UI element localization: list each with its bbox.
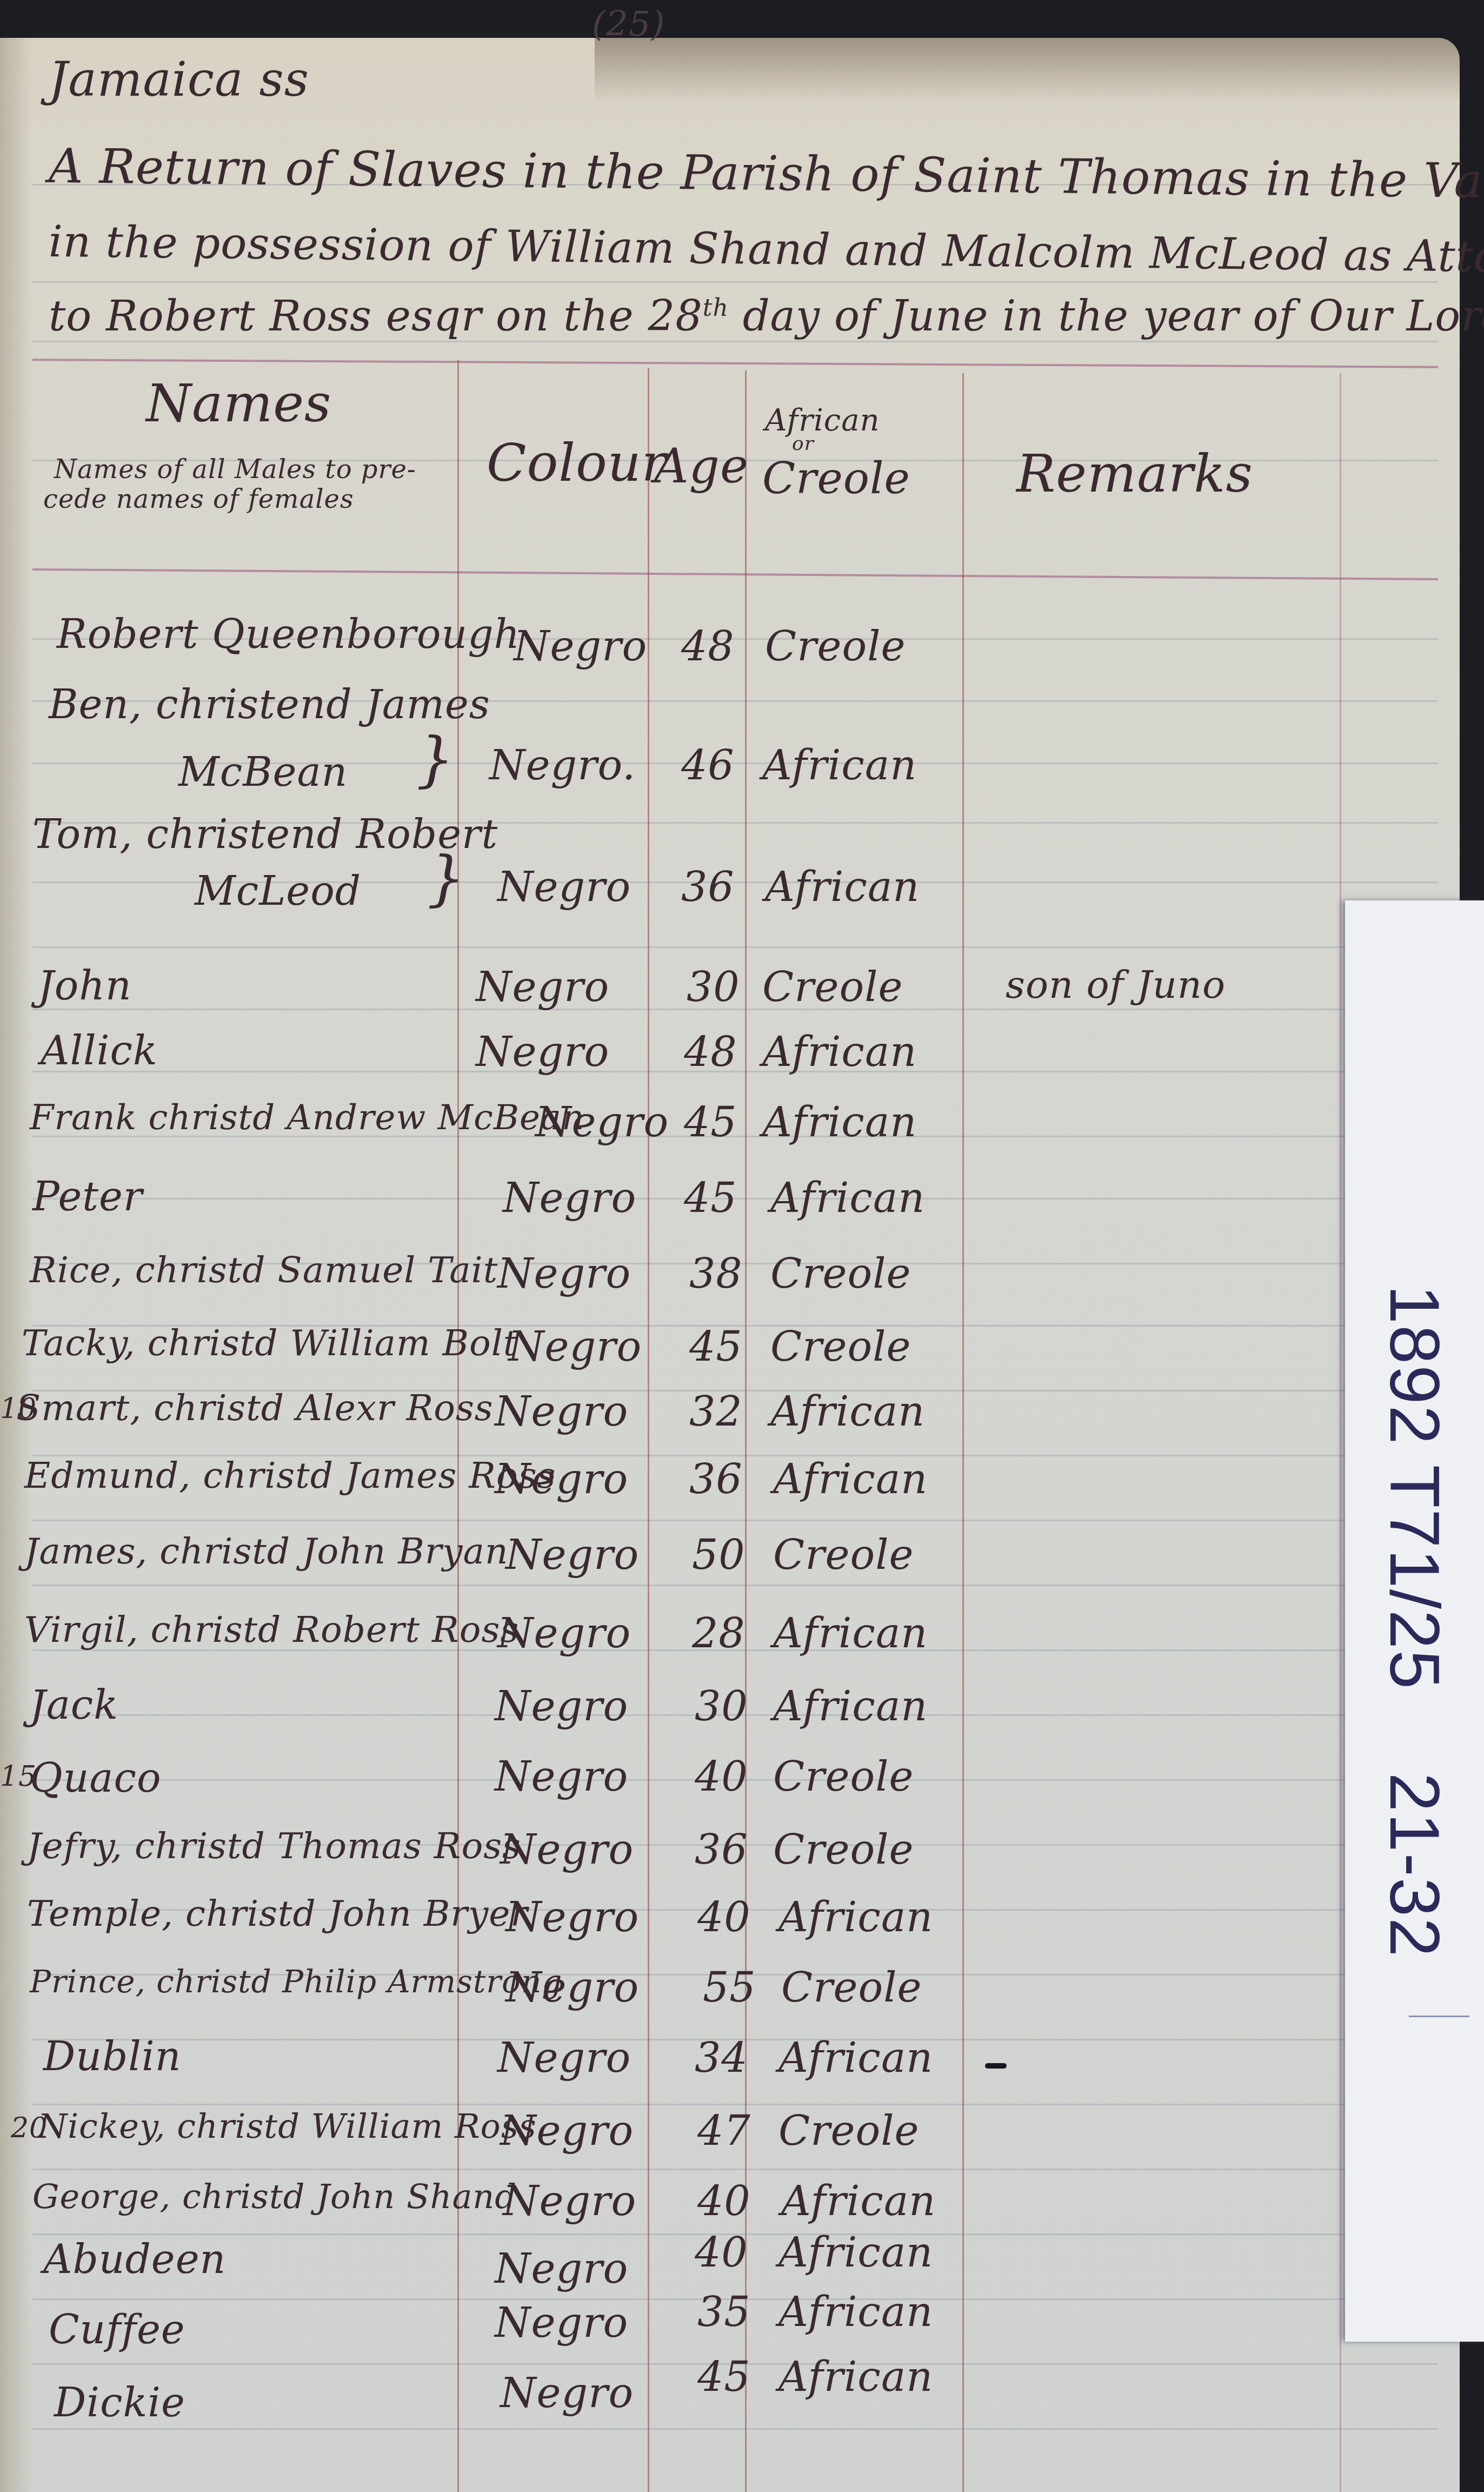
row-6-name: Peter xyxy=(32,1174,143,1220)
archive-reference-number: 1892 T71/25 xyxy=(1375,1284,1454,1690)
row-13-colour: Negro xyxy=(495,1682,628,1730)
right-margin-line xyxy=(1340,373,1341,2492)
row-15-colour: Negro xyxy=(500,1825,634,1873)
heading-date-part1: to Robert Ross esqr on the 28 xyxy=(49,292,703,341)
column-header-names-note-2: cede names of females xyxy=(43,484,354,514)
row-4-age: 48 xyxy=(684,1028,737,1076)
row-3-remarks: son of Juno xyxy=(1006,963,1226,1007)
row-5-name: Frank christd Andrew McBean xyxy=(30,1098,584,1138)
row-14-colour: Negro xyxy=(495,1752,628,1800)
archive-reference-label: 1892 T71/25 21-32 xyxy=(1345,900,1484,2342)
row-5-origin: African xyxy=(762,1098,917,1146)
row-22-name: Cuffee xyxy=(49,2307,185,2353)
row-2-colour: Negro xyxy=(497,863,631,911)
ruled-line xyxy=(32,1585,1438,1586)
row-16-colour: Negro xyxy=(505,1893,639,1941)
row-10-age: 36 xyxy=(689,1455,743,1503)
ruled-line xyxy=(32,341,1438,342)
header-bottom-rule xyxy=(32,568,1438,580)
row-21-age: 40 xyxy=(695,2228,748,2276)
row-10-name: Edmund, christd James Ross xyxy=(24,1455,556,1496)
page-edge-stain xyxy=(595,38,1460,103)
row-12-colour: Negro xyxy=(497,1609,631,1657)
column-divider-remarks xyxy=(962,373,964,2492)
row-2-name-cont: McLeod xyxy=(195,868,361,914)
row-16-origin: African xyxy=(778,1893,933,1941)
archive-reference-text: 1892 T71/25 21-32 xyxy=(1374,1284,1455,1958)
row-13-origin: African xyxy=(773,1682,928,1730)
row-7-colour: Negro xyxy=(497,1249,631,1297)
row-16-age: 40 xyxy=(697,1893,751,1941)
row-17-age: 55 xyxy=(703,1963,756,2011)
ruled-line xyxy=(32,2169,1438,2170)
row-1-origin: African xyxy=(762,741,917,789)
row-8-age: 45 xyxy=(689,1322,743,1370)
row-7-name: Rice, christd Samuel Tait xyxy=(30,1249,498,1291)
row-8-origin: Creole xyxy=(770,1322,911,1370)
row-23-name: Dickie xyxy=(54,2380,185,2426)
ink-blot xyxy=(985,2063,1007,2069)
column-header-colour: Colour xyxy=(487,433,667,493)
row-0-origin: Creole xyxy=(765,622,906,670)
row-18-origin: African xyxy=(778,2033,933,2082)
row-11-colour: Negro xyxy=(505,1530,639,1579)
ruled-line xyxy=(32,281,1438,283)
row-9-age: 32 xyxy=(689,1387,743,1435)
row-11-name: James, christd John Bryan xyxy=(24,1530,508,1572)
row-21-origin: African xyxy=(778,2228,933,2276)
column-header-age: Age xyxy=(654,438,749,494)
row-8-colour: Negro xyxy=(508,1322,642,1370)
row-19-age: 47 xyxy=(697,2106,751,2155)
row-0-name: Robert Queenborough xyxy=(57,611,520,658)
column-header-names-note-1: Names of all Males to pre- xyxy=(54,454,416,485)
row-2-brace: } xyxy=(427,844,465,913)
column-header-remarks: Remarks xyxy=(1016,443,1253,504)
column-header-origin-african: African xyxy=(765,403,880,438)
row-14-name: Quaco xyxy=(30,1755,161,1801)
row-1-colour: Negro. xyxy=(489,741,636,789)
row-15-age: 36 xyxy=(695,1825,748,1873)
folio-number: (25) xyxy=(592,4,665,44)
column-header-names: Names xyxy=(146,373,331,434)
row-22-age: 35 xyxy=(697,2288,751,2336)
row-2-origin: African xyxy=(765,863,920,911)
row-20-origin: African xyxy=(781,2177,936,2225)
ruled-line xyxy=(32,2104,1438,2105)
row-9-name: Smart, christd Alexr Ross xyxy=(16,1387,494,1429)
heading-date-line: to Robert Ross esqr on the 28th day of J… xyxy=(49,292,1484,341)
row-6-colour: Negro xyxy=(503,1174,636,1222)
row-3-name: John xyxy=(38,963,132,1009)
row-17-origin: Creole xyxy=(781,1963,922,2011)
row-19-name: Nickey, christd William Ross xyxy=(38,2106,537,2146)
row-19-colour: Negro xyxy=(500,2106,634,2155)
row-0-age: 48 xyxy=(681,622,735,670)
row-3-age: 30 xyxy=(687,963,740,1011)
row-12-origin: African xyxy=(773,1609,928,1657)
row-17-colour: Negro xyxy=(505,1963,639,2011)
row-11-origin: Creole xyxy=(773,1530,914,1579)
row-7-age: 38 xyxy=(689,1249,743,1297)
ruled-line xyxy=(32,1520,1438,1521)
row-13-age: 30 xyxy=(695,1682,748,1730)
row-4-colour: Negro xyxy=(476,1028,609,1076)
row-16-name: Temple, christd John Bryer xyxy=(27,1893,528,1934)
ruled-line xyxy=(32,946,1438,948)
label-tick-mark xyxy=(1409,2016,1469,2017)
row-4-name: Allick xyxy=(41,1028,158,1074)
heading-jurisdiction: Jamaica ss xyxy=(49,51,309,107)
row-20-age: 40 xyxy=(697,2177,751,2225)
row-21-name: Abudeen xyxy=(43,2236,226,2283)
row-4-origin: African xyxy=(762,1028,917,1076)
heading-date-sup: th xyxy=(703,294,729,322)
row-8-name: Tacky, christd William Bolt xyxy=(22,1322,518,1364)
row-12-name: Virgil, christd Robert Ross xyxy=(24,1609,519,1651)
row-3-colour: Negro xyxy=(476,963,609,1011)
row-12-age: 28 xyxy=(692,1609,746,1657)
row-14-age: 40 xyxy=(695,1752,748,1800)
row-9-origin: African xyxy=(770,1387,925,1435)
row-7-origin: Creole xyxy=(770,1249,911,1297)
row-20-colour: Negro xyxy=(503,2177,636,2225)
ruled-line xyxy=(32,2428,1438,2430)
row-18-age: 34 xyxy=(695,2033,748,2082)
row-13-name: Jack xyxy=(30,1682,118,1728)
row-23-origin: African xyxy=(778,2352,933,2401)
row-6-age: 45 xyxy=(684,1174,737,1222)
row-1-name: Ben, christend James xyxy=(49,681,490,728)
row-18-colour: Negro xyxy=(497,2033,631,2082)
row-6-origin: African xyxy=(770,1174,925,1222)
table-top-rule xyxy=(32,359,1438,368)
row-19-origin: Creole xyxy=(778,2106,920,2155)
row-20-name: George, christd John Shand xyxy=(32,2177,517,2216)
row-21-colour: Negro xyxy=(495,2244,628,2292)
column-divider-origin xyxy=(745,370,747,2492)
row-1-name-cont: McBean xyxy=(178,749,348,796)
row-17-name: Prince, christd Philip Armstrong xyxy=(30,1963,563,2000)
row-15-origin: Creole xyxy=(773,1825,914,1873)
row-23-age: 45 xyxy=(697,2352,751,2401)
row-11-age: 50 xyxy=(692,1530,746,1579)
row-22-colour: Negro xyxy=(495,2298,628,2347)
row-0-colour: Negro xyxy=(514,622,647,670)
row-23-colour: Negro xyxy=(500,2369,634,2417)
column-header-origin-creole: Creole xyxy=(762,453,910,503)
row-1-age: 46 xyxy=(681,741,735,789)
heading-date-part2: day of June in the year of Our Lord 1817 xyxy=(743,292,1484,341)
row-3-origin: Creole xyxy=(762,963,903,1011)
row-14-origin: Creole xyxy=(773,1752,914,1800)
row-22-origin: African xyxy=(778,2288,933,2336)
row-15-name: Jefry, christd Thomas Ross xyxy=(27,1825,521,1867)
row-10-origin: African xyxy=(773,1455,928,1503)
column-header-origin-or: or xyxy=(792,433,814,455)
row-2-age: 36 xyxy=(681,863,735,911)
column-divider-age xyxy=(648,368,649,2492)
row-5-age: 45 xyxy=(684,1098,737,1146)
row-5-colour: Negro xyxy=(535,1098,669,1146)
archive-reference-range: 21-32 xyxy=(1375,1772,1454,1958)
row-10-colour: Negro xyxy=(495,1455,628,1503)
row-1-brace: } xyxy=(416,725,455,794)
row-9-colour: Negro xyxy=(495,1387,628,1435)
row-18-name: Dublin xyxy=(43,2033,181,2080)
